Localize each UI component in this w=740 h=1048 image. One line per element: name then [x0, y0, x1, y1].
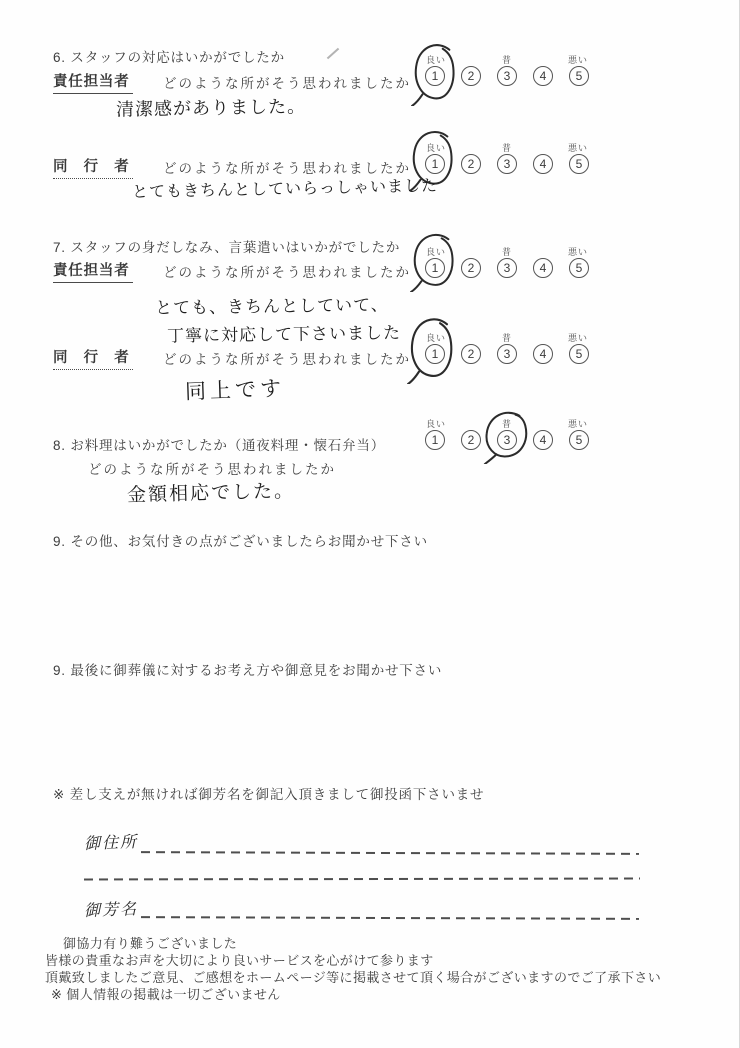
scale-label-good: 良い — [426, 331, 446, 344]
q6-companion-rating-scale: 良い 普 悪い 1 2 3 4 5 — [420, 141, 605, 183]
name-line — [141, 916, 639, 920]
rating-options: 1 2 3 4 5 — [425, 430, 589, 450]
q7-staff-prompt: どのような所がそう思われましたか — [163, 261, 411, 281]
rating-option-2: 2 — [461, 344, 481, 364]
rating-option-1: 1 — [425, 344, 445, 364]
scale-label-average: 普 — [502, 245, 512, 258]
scale-label-bad: 悪い — [568, 245, 588, 258]
q8-handwritten-answer: 金額相応でした。 — [127, 476, 296, 507]
scale-label-average: 普 — [502, 53, 512, 66]
rating-option-1: 1 — [425, 258, 445, 278]
name-label: 御芳名 — [84, 896, 139, 921]
q8-rating-scale: 良い 普 悪い 1 2 3 4 5 — [420, 417, 605, 459]
address-line-1 — [141, 851, 639, 855]
q7-companion-handwritten-answer: 同上です — [185, 372, 286, 405]
rating-option-5: 5 — [569, 344, 589, 364]
rating-option-5: 5 — [569, 258, 589, 278]
scale-label-bad: 悪い — [568, 331, 588, 344]
q7-staff-handwritten-answer-line1: とても、きちんとしていて、 — [155, 290, 389, 318]
rating-option-4: 4 — [533, 344, 553, 364]
scanned-questionnaire-page: 6. スタッフの対応はいかがでしたか 責任担当者 どのような所がそう思われました… — [0, 0, 740, 1048]
scale-label-average: 普 — [502, 331, 512, 344]
rating-option-4: 4 — [533, 258, 553, 278]
scale-label-bad: 悪い — [568, 141, 588, 154]
question-9b-title: 9. 最後に御葬儀に対するお考え方や御意見をお聞かせ下さい — [53, 659, 442, 679]
question-7-title: 7. スタッフの身だしなみ、言葉遣いはいかがでしたか — [53, 236, 400, 256]
rating-option-3: 3 — [497, 66, 517, 86]
footer-privacy-note: ※ 個人情報の掲載は一切ございません — [51, 984, 281, 1003]
rating-option-2: 2 — [461, 258, 481, 278]
question-6-title: 6. スタッフの対応はいかがでしたか — [53, 46, 285, 66]
scale-label-bad: 悪い — [568, 53, 588, 66]
rating-option-3: 3 — [497, 430, 517, 450]
address-label: 御住所 — [84, 829, 139, 854]
rating-option-2: 2 — [461, 154, 481, 174]
q7-companion-role-label: 同 行 者 — [53, 346, 133, 370]
address-line-2 — [84, 878, 640, 881]
rating-options: 1 2 3 4 5 — [425, 154, 589, 174]
pen-mark-artifact — [327, 48, 339, 60]
rating-option-5: 5 — [569, 154, 589, 174]
rating-option-1: 1 — [425, 430, 445, 450]
q6-staff-prompt: どのような所がそう思われましたか — [163, 72, 411, 92]
rating-options: 1 2 3 4 5 — [425, 258, 589, 278]
q6-staff-rating-scale: 良い 普 悪い 1 2 3 4 5 — [420, 53, 605, 95]
rating-options: 1 2 3 4 5 — [425, 66, 589, 86]
rating-option-5: 5 — [569, 430, 589, 450]
scale-label-bad: 悪い — [568, 417, 588, 430]
scale-label-good: 良い — [426, 53, 446, 66]
q7-staff-rating-scale: 良い 普 悪い 1 2 3 4 5 — [420, 245, 605, 287]
rating-option-2: 2 — [461, 430, 481, 450]
rating-option-4: 4 — [533, 154, 553, 174]
question-8-title: 8. お料理はいかがでしたか（通夜料理・懐石弁当） — [53, 434, 385, 454]
scale-label-average: 普 — [502, 141, 512, 154]
rating-options: 1 2 3 4 5 — [425, 344, 589, 364]
rating-option-5: 5 — [569, 66, 589, 86]
rating-option-3: 3 — [497, 344, 517, 364]
name-request-note: ※ 差し支えが無ければ御芳名を御記入頂きまして御投函下さいませ — [53, 783, 484, 803]
rating-option-2: 2 — [461, 66, 481, 86]
q7-staff-handwritten-answer-line2: 丁寧に対応して下さいました — [167, 318, 401, 346]
rating-option-3: 3 — [497, 154, 517, 174]
q6-companion-handwritten-answer: とてもきちんとしていらっしゃいました — [132, 173, 438, 202]
q7-staff-role-label: 責任担当者 — [53, 259, 133, 283]
q6-companion-role-label: 同 行 者 — [53, 155, 133, 179]
rating-option-1: 1 — [425, 154, 445, 174]
rating-option-4: 4 — [533, 430, 553, 450]
question-9a-title: 9. その他、お気付きの点がございましたらお聞かせ下さい — [53, 530, 428, 550]
rating-option-1: 1 — [425, 66, 445, 86]
q8-prompt: どのような所がそう思われましたか — [88, 458, 336, 478]
q6-staff-handwritten-answer: 清潔感がありました。 — [116, 92, 306, 121]
rating-option-3: 3 — [497, 258, 517, 278]
scale-label-good: 良い — [426, 141, 446, 154]
scale-label-good: 良い — [426, 417, 446, 430]
scale-label-good: 良い — [426, 245, 446, 258]
scale-label-average: 普 — [502, 417, 512, 430]
q7-companion-rating-scale: 良い 普 悪い 1 2 3 4 5 — [420, 331, 605, 373]
rating-option-4: 4 — [533, 66, 553, 86]
q6-staff-role-label: 責任担当者 — [53, 70, 133, 94]
q7-companion-prompt: どのような所がそう思われましたか — [163, 348, 411, 368]
